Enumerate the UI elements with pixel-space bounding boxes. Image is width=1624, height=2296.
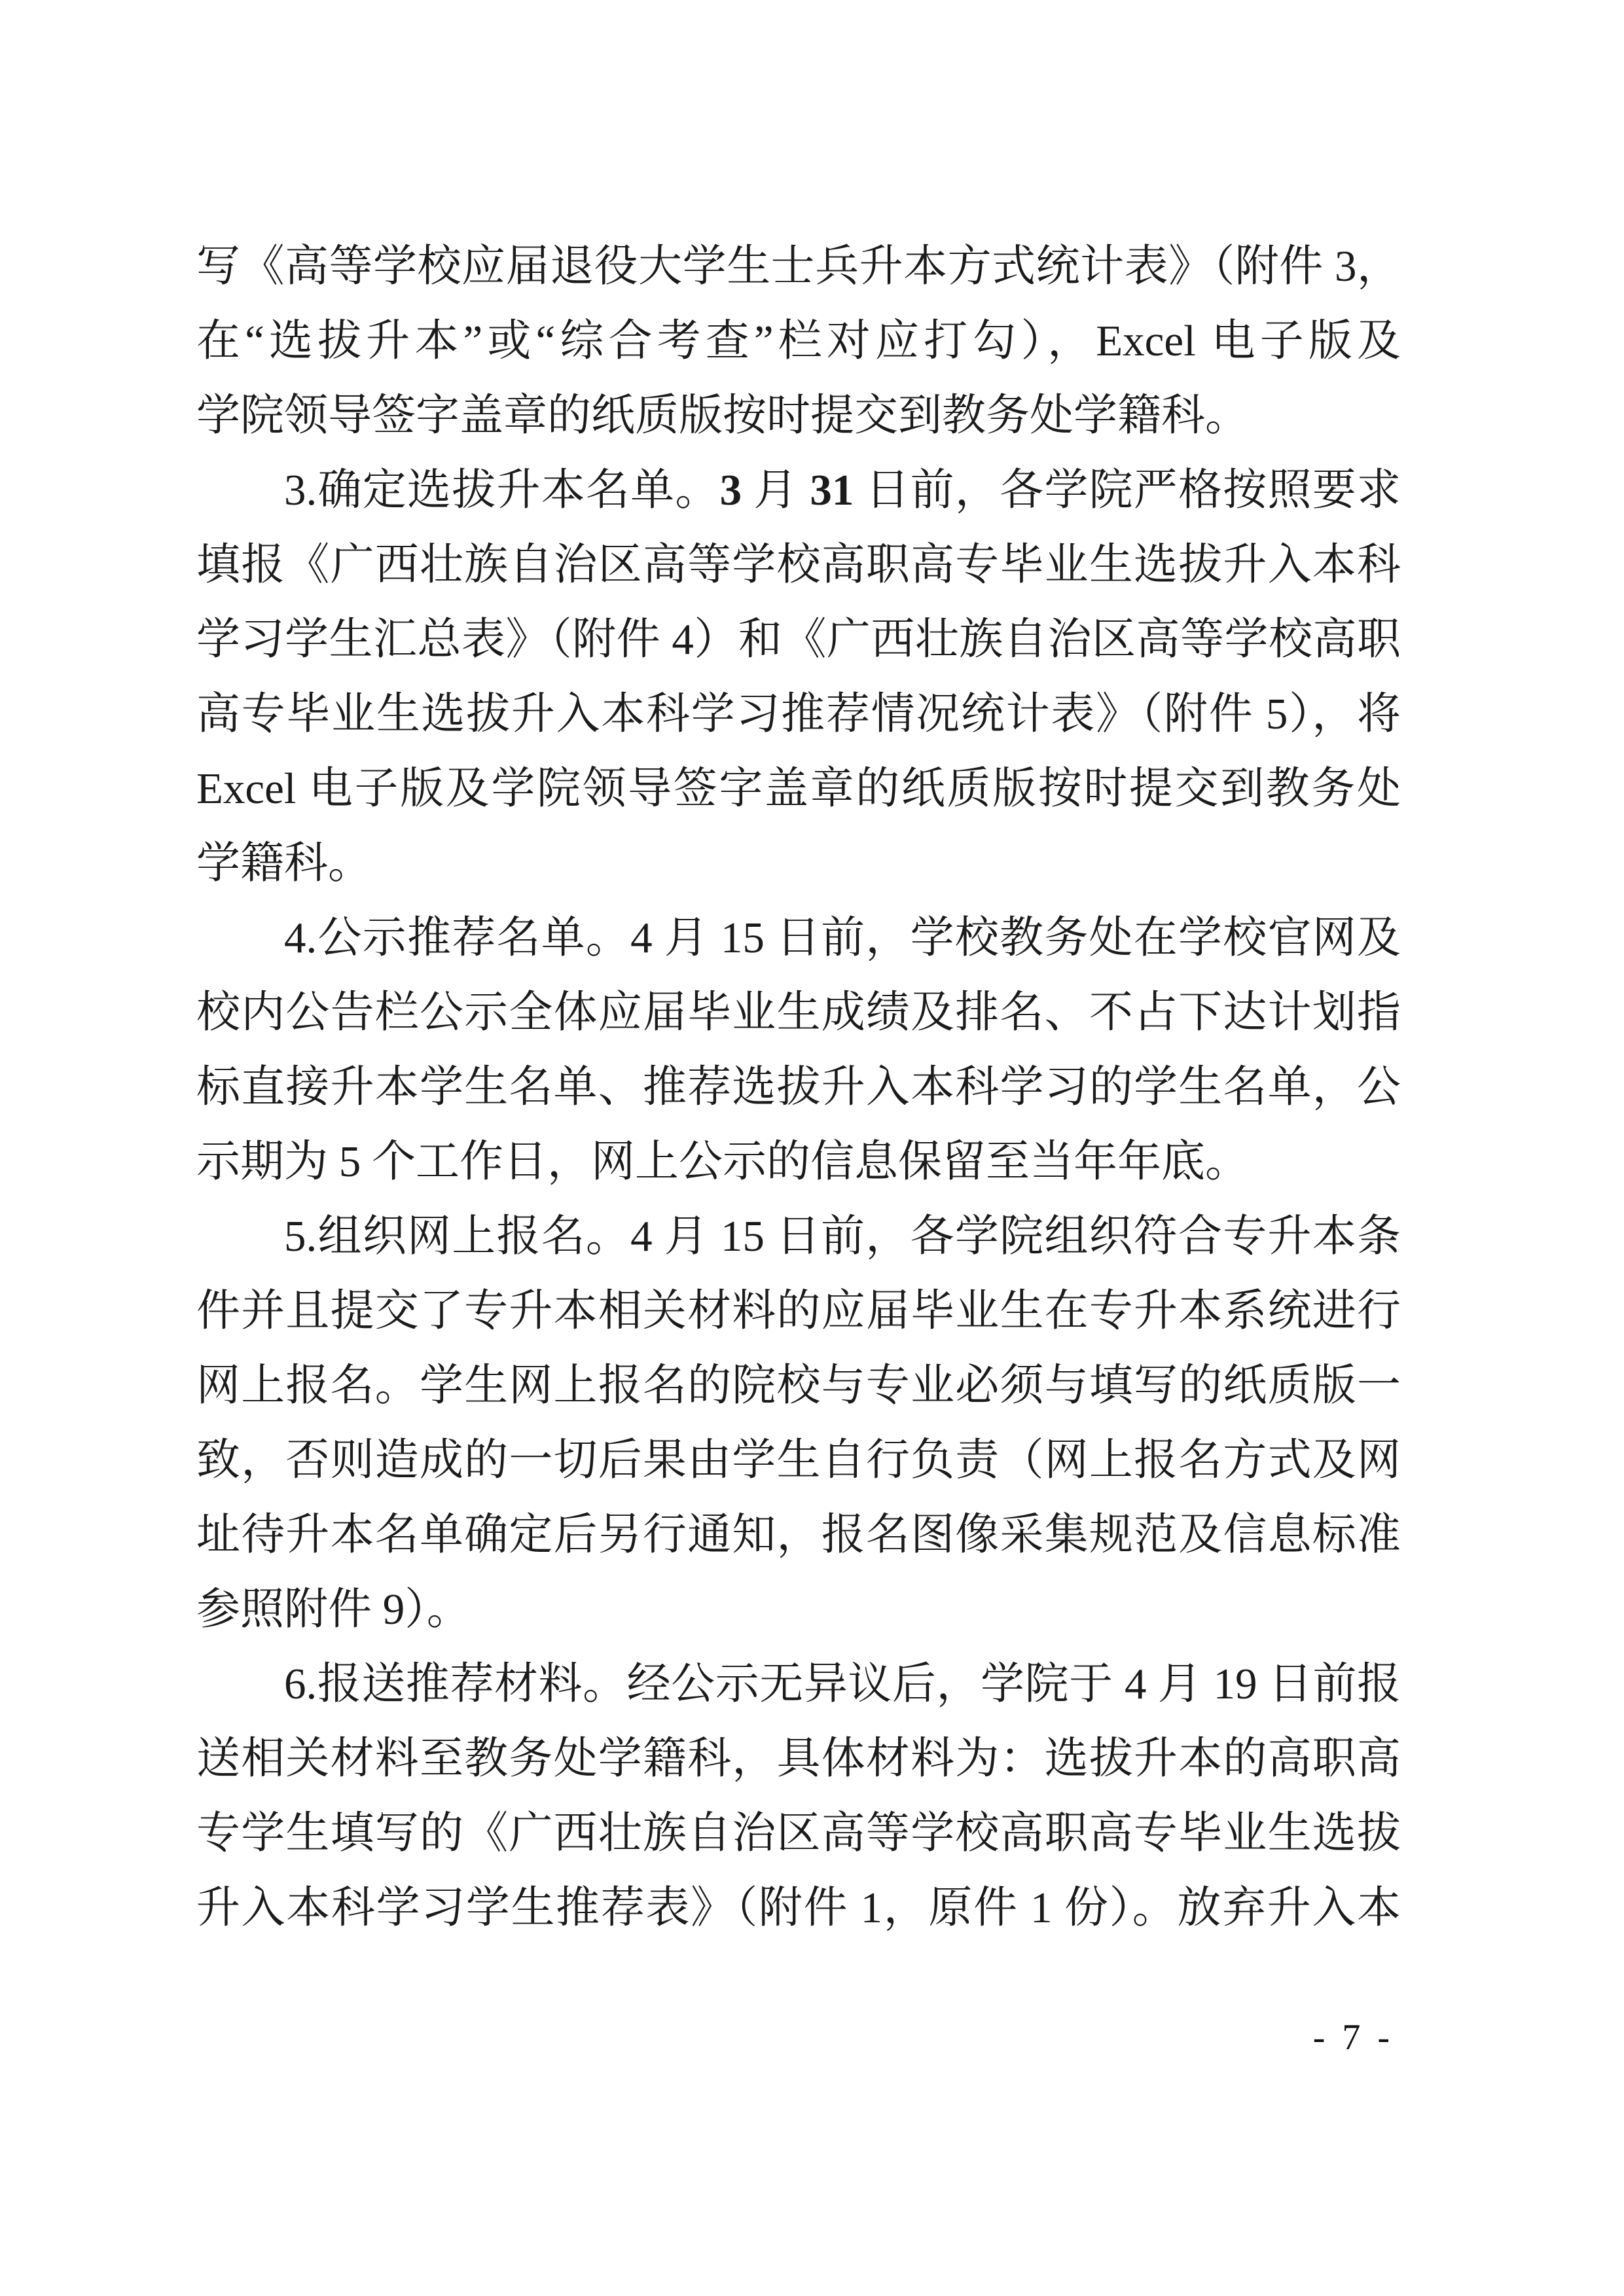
page-footer: - 7 - (1313, 2015, 1394, 2060)
text-line: 参照附件 9）。 (196, 1572, 1401, 1647)
text-segment: 在“选拔升本”或“综合考查”栏对应打勾），Excel 电子版及 (196, 317, 1401, 365)
bold-text-segment: 31 (810, 466, 854, 514)
text-line: 校内公告栏公示全体应届毕业生成绩及排名、不占下达计划指 (196, 975, 1401, 1050)
text-segment: 月 (742, 466, 810, 514)
text-line: 在“选拔升本”或“综合考查”栏对应打勾），Excel 电子版及 (196, 304, 1401, 378)
text-segment: 致，否则造成的一切后果由学生自行负责（网上报名方式及网 (196, 1436, 1401, 1484)
text-segment: 6.报送推荐材料。经公示无异议后，学院于 4 月 19 日前报 (284, 1660, 1401, 1708)
text-segment: 址待升本名单确定后另行通知，报名图像采集规范及信息标准 (196, 1511, 1401, 1559)
text-line: 6.报送推荐材料。经公示无异议后，学院于 4 月 19 日前报 (196, 1647, 1401, 1721)
text-segment: 学习学生汇总表》（附件 4）和《广西壮族自治区高等学校高职 (196, 615, 1401, 664)
text-segment: 升入本科学习学生推荐表》（附件 1，原件 1 份）。放弃升入本 (196, 1884, 1401, 1932)
text-line: 5.组织网上报名。4 月 15 日前，各学院组织符合专升本条 (196, 1199, 1401, 1274)
text-segment: 5.组织网上报名。4 月 15 日前，各学院组织符合专升本条 (284, 1212, 1401, 1261)
text-segment: 专学生填写的《广西壮族自治区高等学校高职高专毕业生选拔 (196, 1809, 1401, 1857)
text-line: 升入本科学习学生推荐表》（附件 1，原件 1 份）。放弃升入本 (196, 1871, 1401, 1945)
document-page: 写《高等学校应届退役大学生士兵升本方式统计表》（附件 3，在“选拔升本”或“综合… (0, 0, 1624, 2296)
text-segment: 标直接升本学生名单、推荐选拔升入本科学习的学生名单，公 (196, 1063, 1401, 1111)
text-segment: Excel 电子版及学院领导签字盖章的纸质版按时提交到教务处 (196, 764, 1401, 813)
text-line: 件并且提交了专升本相关材料的应届毕业生在专升本系统进行 (196, 1274, 1401, 1348)
page-number: - 7 - (1313, 2017, 1394, 2058)
text-segment: 填报《广西壮族自治区高等学校高职高专毕业生选拔升入本科 (196, 541, 1401, 589)
text-line: 写《高等学校应届退役大学生士兵升本方式统计表》（附件 3， (196, 229, 1401, 304)
text-segment: 高专毕业生选拔升入本科学习推荐情况统计表》（附件 5），将 (196, 690, 1401, 738)
text-segment: 学籍科。 (196, 839, 372, 888)
text-segment: 3.确定选拔升本名单。 (284, 466, 720, 514)
text-segment: 网上报名。学生网上报名的院校与专业必须与填写的纸质版一 (196, 1361, 1401, 1410)
text-line: 高专毕业生选拔升入本科学习推荐情况统计表》（附件 5），将 (196, 677, 1401, 751)
text-segment: 4.公示推荐名单。4 月 15 日前，学校教务处在学校官网及 (284, 914, 1401, 962)
text-segment: 学院领导签字盖章的纸质版按时提交到教务处学籍科。 (196, 391, 1249, 440)
document-body: 写《高等学校应届退役大学生士兵升本方式统计表》（附件 3，在“选拔升本”或“综合… (196, 229, 1401, 1945)
text-line: 专学生填写的《广西壮族自治区高等学校高职高专毕业生选拔 (196, 1796, 1401, 1871)
text-line: 填报《广西壮族自治区高等学校高职高专毕业生选拔升入本科 (196, 528, 1401, 602)
text-line: 3.确定选拔升本名单。3 月 31 日前，各学院严格按照要求 (196, 453, 1401, 528)
text-segment: 校内公告栏公示全体应届毕业生成绩及排名、不占下达计划指 (196, 988, 1401, 1037)
text-line: 送相关材料至教务处学籍科，具体材料为：选拔升本的高职高 (196, 1721, 1401, 1796)
bold-text-segment: 3 (720, 466, 742, 514)
text-line: 址待升本名单确定后另行通知，报名图像采集规范及信息标准 (196, 1498, 1401, 1572)
text-line: Excel 电子版及学院领导签字盖章的纸质版按时提交到教务处 (196, 751, 1401, 826)
text-line: 学习学生汇总表》（附件 4）和《广西壮族自治区高等学校高职 (196, 602, 1401, 677)
text-line: 学籍科。 (196, 826, 1401, 901)
text-segment: 件并且提交了专升本相关材料的应届毕业生在专升本系统进行 (196, 1287, 1401, 1335)
text-line: 4.公示推荐名单。4 月 15 日前，学校教务处在学校官网及 (196, 901, 1401, 975)
text-line: 网上报名。学生网上报名的院校与专业必须与填写的纸质版一 (196, 1348, 1401, 1423)
text-segment: 示期为 5 个工作日，网上公示的信息保留至当年年底。 (196, 1138, 1249, 1186)
text-line: 致，否则造成的一切后果由学生自行负责（网上报名方式及网 (196, 1423, 1401, 1498)
text-line: 示期为 5 个工作日，网上公示的信息保留至当年年底。 (196, 1124, 1401, 1199)
text-segment: 写《高等学校应届退役大学生士兵升本方式统计表》（附件 3， (196, 242, 1401, 291)
text-line: 学院领导签字盖章的纸质版按时提交到教务处学籍科。 (196, 378, 1401, 453)
text-line: 标直接升本学生名单、推荐选拔升入本科学习的学生名单，公 (196, 1050, 1401, 1124)
text-segment: 日前，各学院严格按照要求 (854, 466, 1401, 514)
text-segment: 参照附件 9）。 (196, 1585, 471, 1634)
text-segment: 送相关材料至教务处学籍科，具体材料为：选拔升本的高职高 (196, 1734, 1401, 1783)
